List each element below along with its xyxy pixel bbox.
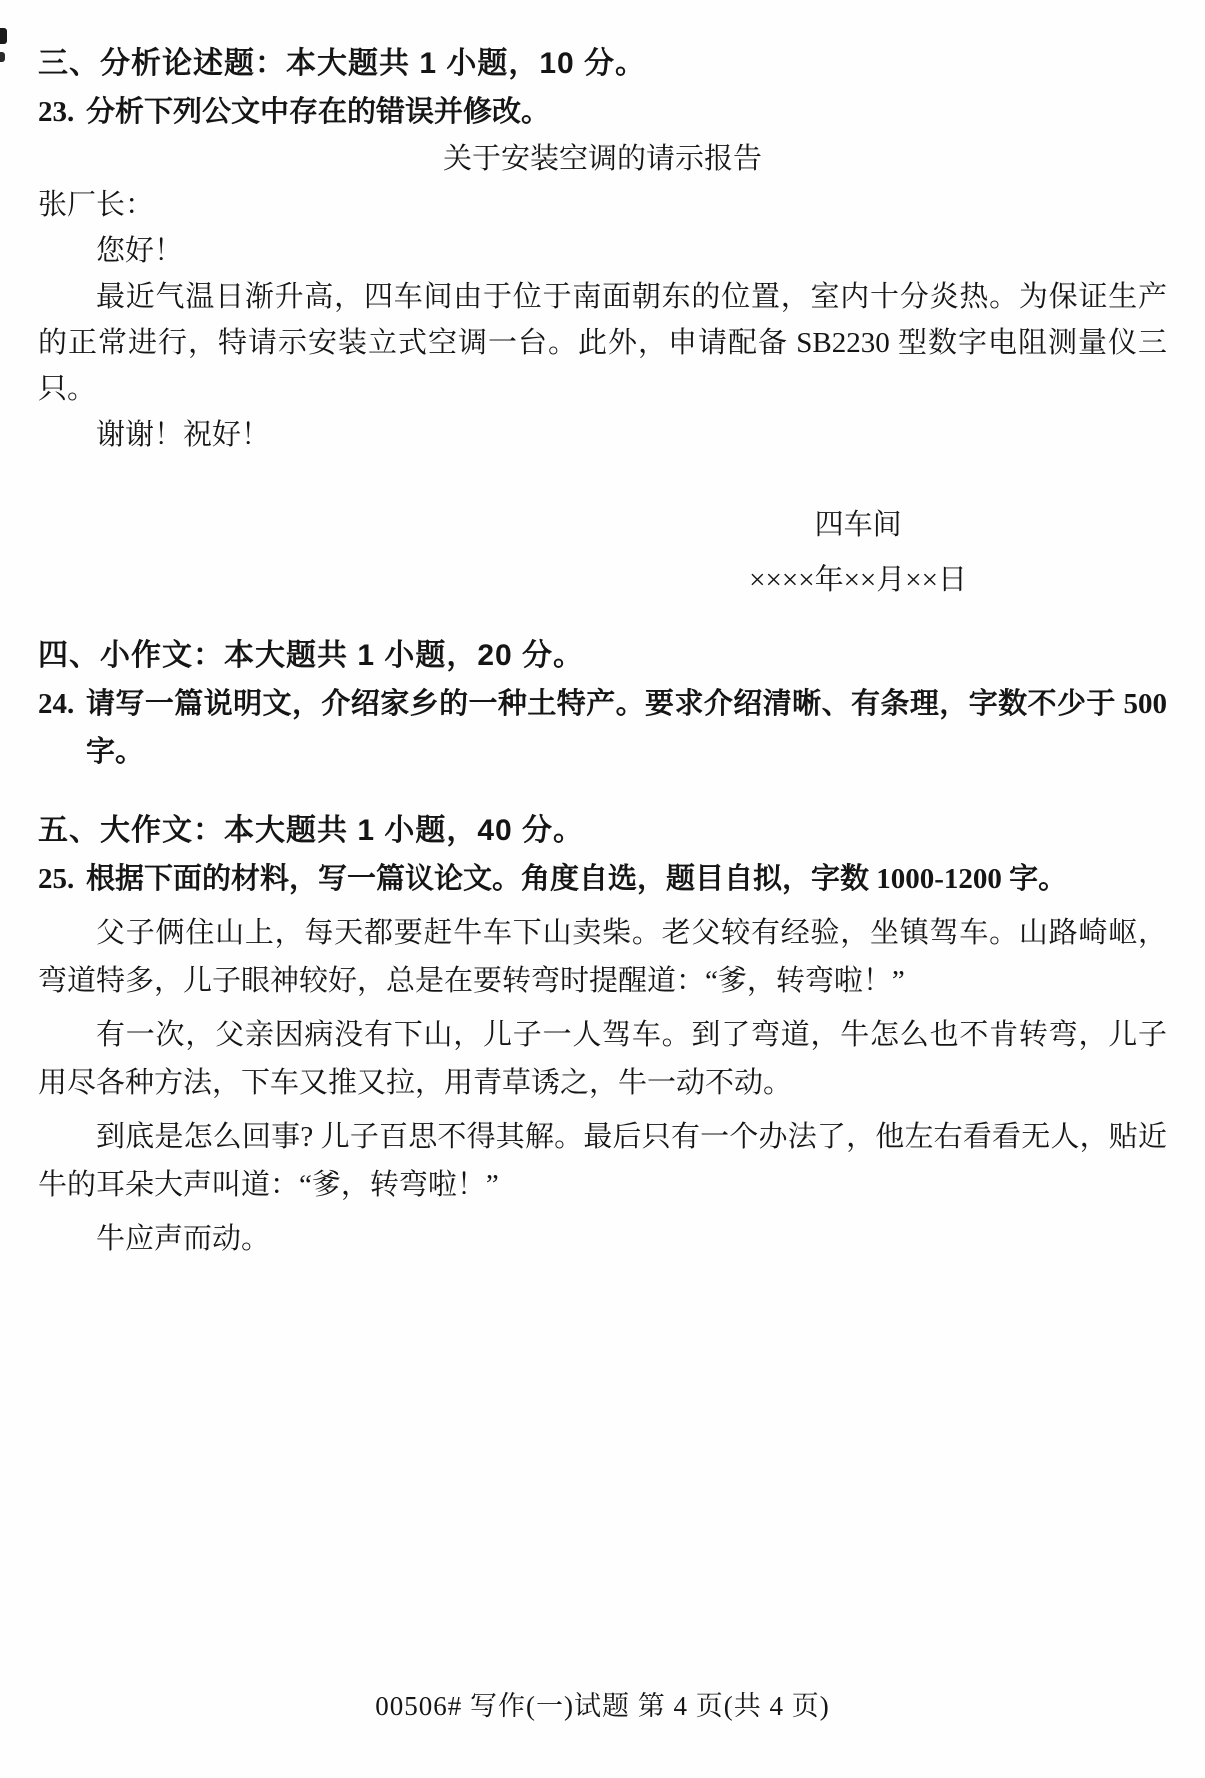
section-analysis: 三、分析论述题：本大题共 1 小题，10 分。 23. 分析下列公文中存在的错误… xyxy=(38,40,1167,603)
section-large-essay: 五、大作文：本大题共 1 小题，40 分。 25. 根据下面的材料，写一篇议论文… xyxy=(38,807,1167,1263)
letter-date: ××××年××月××日 xyxy=(749,557,967,603)
material-paragraph: 到底是怎么回事? 儿子百思不得其解。最后只有一个办法了，他左右看看无人，贴近牛的… xyxy=(38,1113,1167,1209)
sample-letter: 关于安装空调的请示报告 张厂长： 您好！ 最近气温日渐升高，四车间由于位于南面朝… xyxy=(38,136,1167,603)
letter-greeting: 您好！ xyxy=(38,228,1167,274)
material-paragraph: 父子俩住山上，每天都要赶牛车下山卖柴。老父较有经验，坐镇驾车。山路崎岖，弯道特多… xyxy=(38,909,1167,1005)
question-23-number: 23. xyxy=(38,88,86,136)
material-paragraph: 牛应声而动。 xyxy=(38,1215,1167,1263)
question-23: 23. 分析下列公文中存在的错误并修改。 xyxy=(38,88,1167,136)
section-5-heading: 五、大作文：本大题共 1 小题，40 分。 xyxy=(38,807,1167,855)
letter-title: 关于安装空调的请示报告 xyxy=(38,136,1167,182)
letter-salutation: 张厂长： xyxy=(38,182,1167,228)
letter-signature: 四车间 xyxy=(749,502,967,548)
question-25-text: 根据下面的材料，写一篇议论文。角度自选，题目自拟，字数 1000-1200 字。 xyxy=(86,855,1167,903)
exam-paper-page: 三、分析论述题：本大题共 1 小题，10 分。 23. 分析下列公文中存在的错误… xyxy=(0,0,1205,1778)
section-3-heading: 三、分析论述题：本大题共 1 小题，10 分。 xyxy=(38,40,1167,88)
letter-signature-block: 四车间 ××××年××月××日 xyxy=(749,502,967,603)
essay-material: 父子俩住山上，每天都要赶牛车下山卖柴。老父较有经验，坐镇驾车。山路崎岖，弯道特多… xyxy=(38,909,1167,1263)
scan-artifact xyxy=(0,52,5,62)
question-24-number: 24. xyxy=(38,680,86,728)
question-25: 25. 根据下面的材料，写一篇议论文。角度自选，题目自拟，字数 1000-120… xyxy=(38,855,1167,903)
section-4-heading: 四、小作文：本大题共 1 小题，20 分。 xyxy=(38,632,1167,680)
section-small-essay: 四、小作文：本大题共 1 小题，20 分。 24. 请写一篇说明文，介绍家乡的一… xyxy=(38,632,1167,776)
question-25-number: 25. xyxy=(38,855,86,903)
letter-closing: 谢谢！祝好！ xyxy=(38,412,1167,458)
letter-body: 最近气温日渐升高，四车间由于位于南面朝东的位置，室内十分炎热。为保证生产的正常进… xyxy=(38,274,1167,412)
question-24-text: 请写一篇说明文，介绍家乡的一种土特产。要求介绍清晰、有条理，字数不少于 500 … xyxy=(86,680,1167,776)
question-24: 24. 请写一篇说明文，介绍家乡的一种土特产。要求介绍清晰、有条理，字数不少于 … xyxy=(38,680,1167,776)
scan-artifact xyxy=(0,28,7,44)
material-paragraph: 有一次，父亲因病没有下山，儿子一人驾车。到了弯道，牛怎么也不肯转弯，儿子用尽各种… xyxy=(38,1011,1167,1107)
page-footer: 00506# 写作(一)试题 第 4 页(共 4 页) xyxy=(0,1690,1205,1722)
question-23-text: 分析下列公文中存在的错误并修改。 xyxy=(86,88,1167,136)
